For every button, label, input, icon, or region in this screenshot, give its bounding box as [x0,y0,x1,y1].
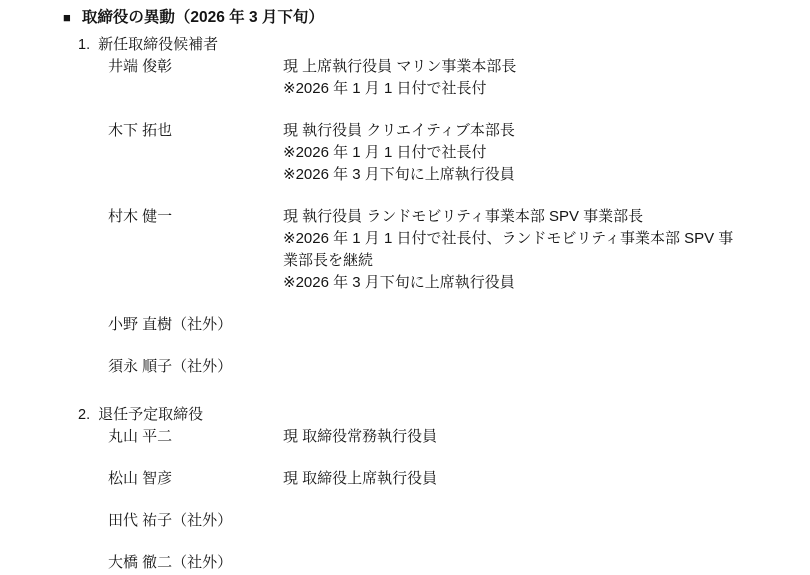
section: 1.新任取締役候補者井端 俊彰現 上席執行役員 マリン事業本部長※2026 年 … [0,34,810,378]
entry-details: 現 執行役員 ランドモビリティ事業本部 SPV 事業部長※2026 年 1 月 … [283,206,810,294]
person-name: 丸山 平二 [108,426,283,448]
section-header: 2.退任予定取締役 [0,404,810,426]
detail-line: 現 取締役上席執行役員 [283,468,810,490]
entry-row: 田代 祐子（社外） [0,510,810,532]
detail-line: ※2026 年 1 月 1 日付で社長付 [283,142,810,164]
person-name: 須永 順子（社外） [108,356,283,378]
detail-line: ※2026 年 3 月下旬に上席執行役員 [283,164,810,186]
section-header: 1.新任取締役候補者 [0,34,810,56]
document-title: ■ 取締役の異動（2026 年 3 月下旬） [63,7,810,29]
person-name: 大橋 徹二（社外） [108,552,283,574]
entry-row: 井端 俊彰現 上席執行役員 マリン事業本部長※2026 年 1 月 1 日付で社… [0,56,810,100]
person-name: 小野 直樹（社外） [108,314,283,336]
section-heading: 退任予定取締役 [98,406,203,423]
section-number: 1. [78,34,90,56]
detail-line: ※2026 年 3 月下旬に上席執行役員 [283,272,810,294]
entry-row: 丸山 平二現 取締役常務執行役員 [0,426,810,448]
detail-line: 現 上席執行役員 マリン事業本部長 [283,56,810,78]
entry-row: 小野 直樹（社外） [0,314,810,336]
section-heading: 新任取締役候補者 [98,36,218,53]
page-title: 取締役の異動（2026 年 3 月下旬） [82,7,324,29]
person-name: 井端 俊彰 [108,56,283,78]
entry-row: 大橋 徹二（社外） [0,552,810,574]
entry-details: 現 取締役上席執行役員 [283,468,810,490]
detail-line: ※2026 年 1 月 1 日付で社長付、ランドモビリティ事業本部 SPV 事 [283,228,810,250]
detail-line: 現 執行役員 ランドモビリティ事業本部 SPV 事業部長 [283,206,810,228]
entry-details: 現 執行役員 クリエイティブ本部長※2026 年 1 月 1 日付で社長付※20… [283,120,810,186]
person-name: 村木 健一 [108,206,283,228]
square-bullet-icon: ■ [63,7,71,29]
detail-line: 現 執行役員 クリエイティブ本部長 [283,120,810,142]
section-number: 2. [78,404,90,426]
entry-details: 現 取締役常務執行役員 [283,426,810,448]
detail-line: 現 取締役常務執行役員 [283,426,810,448]
entry-row: 須永 順子（社外） [0,356,810,378]
entry-details: 現 上席執行役員 マリン事業本部長※2026 年 1 月 1 日付で社長付 [283,56,810,100]
entry-row: 村木 健一現 執行役員 ランドモビリティ事業本部 SPV 事業部長※2026 年… [0,206,810,294]
detail-line: ※2026 年 1 月 1 日付で社長付 [283,78,810,100]
person-name: 木下 拓也 [108,120,283,142]
sections-container: 1.新任取締役候補者井端 俊彰現 上席執行役員 マリン事業本部長※2026 年 … [0,34,810,574]
document: ■ 取締役の異動（2026 年 3 月下旬） 1.新任取締役候補者井端 俊彰現 … [0,0,810,575]
person-name: 田代 祐子（社外） [108,510,283,532]
section: 2.退任予定取締役丸山 平二現 取締役常務執行役員松山 智彦現 取締役上席執行役… [0,404,810,574]
person-name: 松山 智彦 [108,468,283,490]
detail-line: 業部長を継続 [283,250,810,272]
entry-row: 木下 拓也現 執行役員 クリエイティブ本部長※2026 年 1 月 1 日付で社… [0,120,810,186]
entry-row: 松山 智彦現 取締役上席執行役員 [0,468,810,490]
